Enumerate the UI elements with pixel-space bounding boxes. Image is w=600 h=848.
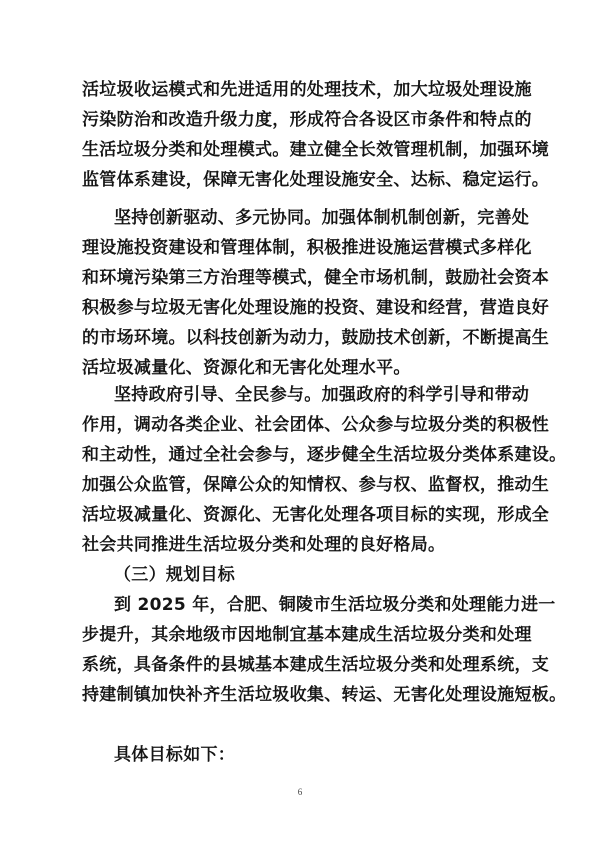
text-line: 步提升，其余地级市因地制宜基本建成生活垃圾分类和处理 — [82, 620, 494, 650]
section-heading: （三）规划目标 — [114, 560, 235, 590]
text-line: 作用，调动各类企业、社会团体、公众参与垃圾分类的积极性 — [82, 410, 494, 440]
text-line: 生活垃圾分类和处理模式。建立健全长效管理机制，加强环境 — [82, 135, 494, 165]
text-line: 持建制镇加快补齐生活垃圾收集、转运、无害化处理设施短板。 — [82, 680, 500, 710]
page-number: 6 — [0, 787, 600, 797]
text-line: 监管体系建设，保障无害化处理设施安全、达标、稳定运行。 — [82, 165, 494, 195]
text-line: 积极参与垃圾无害化处理设施的投资、建设和经营，营造良好 — [82, 293, 494, 323]
text-line: 和主动性，通过全社会参与，逐步健全生活垃圾分类体系建设。 — [82, 440, 500, 470]
text-line: 理设施投资建设和管理体制，积极推进设施运营模式多样化 — [82, 233, 494, 263]
text-line: 活垃圾减量化、资源化、无害化处理各项目标的实现，形成全 — [82, 500, 494, 530]
text-line: 污染防治和改造升级力度，形成符合各设区市条件和特点的 — [82, 105, 494, 135]
text-line: 的市场环境。以科技创新为动力，鼓励技术创新，不断提高生 — [82, 323, 494, 353]
document-page: 活垃圾收运模式和先进适用的处理技术，加大垃圾处理设施 污染防治和改造升级力度，形… — [0, 0, 600, 848]
text-line: 加强公众监管，保障公众的知情权、参与权、监督权，推动生 — [82, 470, 494, 500]
text-line: 和环境污染第三方治理等模式，健全市场机制，鼓励社会资本 — [82, 263, 494, 293]
text-line: 到 2025 年，合肥、铜陵市生活垃圾分类和处理能力进一 — [114, 590, 494, 620]
principle-innovation-first-line: 坚持创新驱动、多元协同。加强体制机制创新，完善处 — [114, 203, 494, 233]
specific-targets-intro: 具体目标如下： — [114, 740, 235, 770]
text-line: 活垃圾减量化、资源化和无害化处理水平。 — [82, 353, 494, 383]
text-line: 社会共同推进生活垃圾分类和处理的良好格局。 — [82, 530, 494, 560]
text-line: 活垃圾收运模式和先进适用的处理技术，加大垃圾处理设施 — [82, 75, 494, 105]
principle-government-first-line: 坚持政府引导、全民参与。加强政府的科学引导和带动 — [114, 380, 494, 410]
text-line: 系统，具备条件的县城基本建成生活垃圾分类和处理系统，支 — [82, 650, 494, 680]
